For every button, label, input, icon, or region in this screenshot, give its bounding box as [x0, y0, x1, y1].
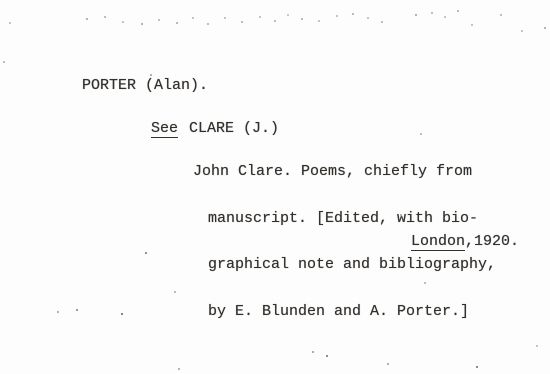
author-heading: PORTER (Alan). [82, 77, 208, 94]
paper-noise-specks [0, 0, 2, 2]
catalog-card: PORTER (Alan). SeeCLARE (J.) John Clare.… [0, 0, 550, 374]
imprint-place: London [411, 233, 465, 251]
imprint-line: London,1920. [375, 216, 519, 267]
imprint-rest: ,1920. [465, 233, 519, 250]
see-label: See [151, 120, 178, 138]
title-line-4: by E. Blunden and A. Porter.] [208, 304, 496, 320]
title-line-1: John Clare. Poems, chiefly from [193, 164, 496, 180]
